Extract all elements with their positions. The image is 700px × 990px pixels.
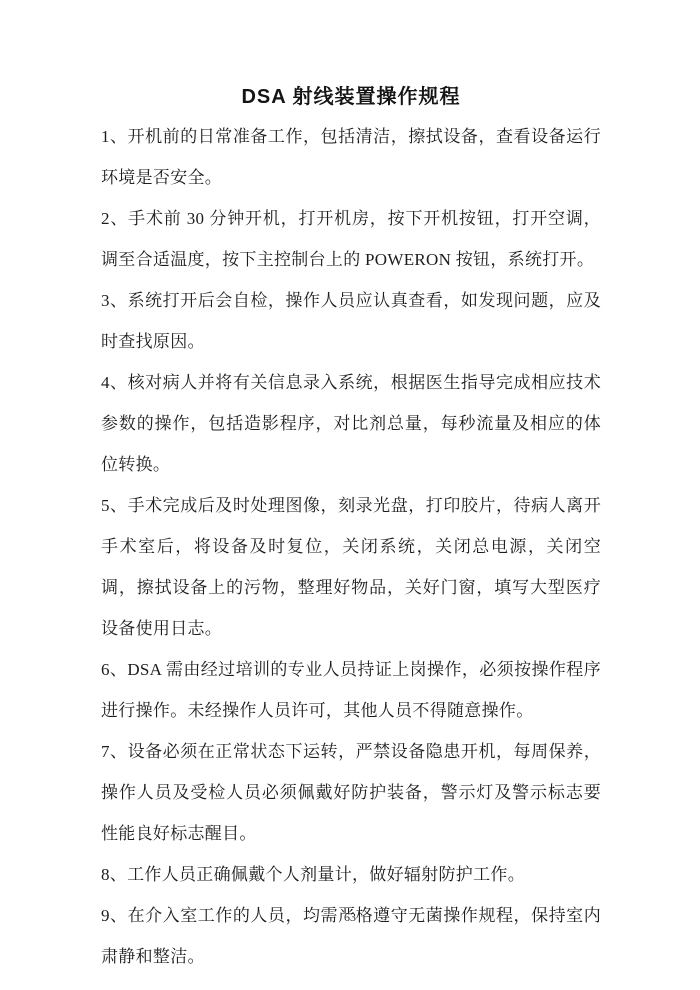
page-title: DSA 射线装置操作规程 [101,0,601,108]
paragraph-9: 9、在介入室工作的人员，均需严格遵守无菌操作规程，保持室内肃静和整洁。 [101,895,601,977]
paragraph-7: 7、设备必须在正常状态下运转，严禁设备隐患开机，每周保养，操作人员及受检人员必须… [101,731,601,854]
paragraph-8: 8、工作人员正确佩戴个人剂量计，做好辐射防护工作。 [101,854,601,895]
paragraph-1: 1、开机前的日常准备工作，包括清洁，擦拭设备，查看设备运行环境是否安全。 [101,116,601,198]
document-body: 1、开机前的日常准备工作，包括清洁，擦拭设备，查看设备运行环境是否安全。 2、手… [101,116,601,977]
document-page: DSA 射线装置操作规程 1、开机前的日常准备工作，包括清洁，擦拭设备，查看设备… [0,0,700,990]
page-number: 63 [0,910,700,925]
document-content: DSA 射线装置操作规程 1、开机前的日常准备工作，包括清洁，擦拭设备，查看设备… [101,0,601,977]
paragraph-3: 3、系统打开后会自检，操作人员应认真查看，如发现问题，应及时查找原因。 [101,280,601,362]
paragraph-5: 5、手术完成后及时处理图像，刻录光盘，打印胶片，待病人离开手术室后，将设备及时复… [101,485,601,649]
paragraph-4: 4、核对病人并将有关信息录入系统，根据医生指导完成相应技术参数的操作，包括造影程… [101,362,601,485]
paragraph-2: 2、手术前 30 分钟开机，打开机房，按下开机按钮，打开空调，调至合适温度，按下… [101,198,601,280]
paragraph-6: 6、DSA 需由经过培训的专业人员持证上岗操作，必须按操作程序进行操作。未经操作… [101,649,601,731]
